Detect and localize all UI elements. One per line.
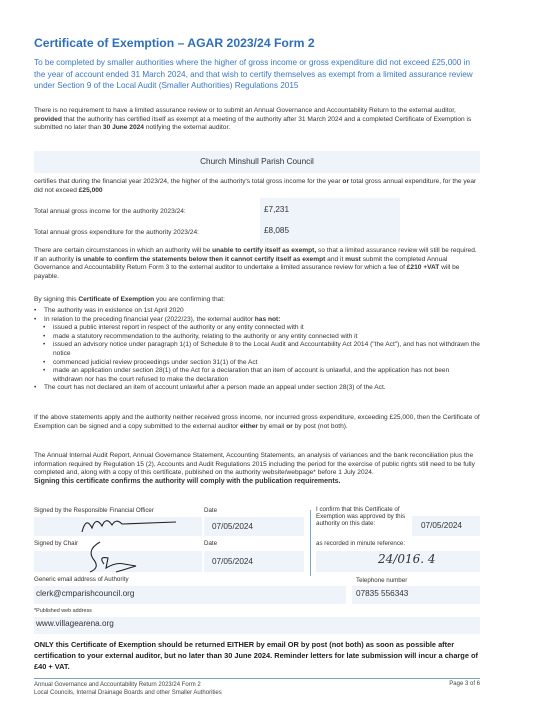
footer-line-2: Local Councils, Internal Drainage Boards… [34, 689, 222, 697]
chair-date: 07/05/2024 [212, 557, 253, 566]
requirement-paragraph: There is no requirement to have a limite… [34, 107, 480, 133]
phone-value: 07835 556343 [356, 589, 408, 598]
approved-date: 07/05/2024 [421, 521, 462, 530]
if-above-paragraph: If the above statements apply and the au… [34, 414, 480, 431]
expenditure-label: Total annual gross expenditure for the a… [34, 229, 199, 236]
chair-signature-label: Signed by Chair [34, 540, 78, 547]
footer: Annual Governance and Accountability Ret… [34, 681, 222, 697]
sub-condition-item: made an application under section 28(1) … [34, 367, 480, 384]
web-label: *Published web address [34, 608, 92, 614]
phone-label: Telephone number [356, 577, 407, 584]
intro-text: To be completed by smaller authorities w… [34, 57, 480, 92]
chair-date-label: Date [204, 540, 217, 547]
form-divider [310, 510, 311, 576]
income-value: £7,231 [264, 205, 289, 214]
sub-condition-item: commenced judicial review proceedings un… [34, 359, 480, 368]
chair-signature [76, 534, 176, 576]
circumstances-paragraph: There are certain circumstances in which… [34, 247, 480, 281]
condition-item: The authority was in existence on 1st Ap… [34, 307, 480, 316]
final-notice: ONLY this Certificate of Exemption shoul… [34, 640, 480, 672]
certifies-paragraph: certifies that during the financial year… [34, 178, 480, 195]
rfo-signature [76, 512, 186, 536]
signing-statement: By signing this Certificate of Exemption… [34, 296, 480, 305]
condition-item: The court has not declared an item of ac… [34, 384, 480, 393]
sub-condition-item: issued a public interest report in respe… [34, 324, 480, 333]
income-label: Total annual gross income for the author… [34, 208, 186, 215]
footer-line-1: Annual Governance and Accountability Ret… [34, 681, 222, 689]
sub-condition-item: issued an advisory notice under paragrap… [34, 341, 480, 358]
footer-divider [34, 678, 480, 679]
condition-item: In relation to the preceding financial y… [34, 316, 480, 385]
minute-ref: 24/016. 4 [378, 552, 435, 566]
authority-name: Church Minshull Parish Council [34, 151, 480, 173]
page-number: Page 3 of 6 [449, 681, 480, 687]
email-label: Generic email address of Authority [34, 576, 129, 583]
sub-condition-item: made a statutory recommendation to the a… [34, 333, 480, 342]
expenditure-value: £8,085 [264, 226, 289, 235]
rfo-date-label: Date [204, 507, 217, 514]
minute-ref-label: as recorded in minute reference: [316, 540, 405, 547]
web-value: www.villagearena.org [36, 619, 114, 628]
email-value: clerk@cmparishcouncil.org [36, 589, 134, 598]
approved-label: I confirm that this Certificate of Exemp… [316, 506, 421, 528]
conditions-list: The authority was in existence on 1st Ap… [34, 307, 480, 393]
publication-paragraph: The Annual Internal Audit Report, Annual… [34, 452, 480, 486]
rfo-date: 07/05/2024 [212, 522, 253, 531]
page-title: Certificate of Exemption – AGAR 2023/24 … [34, 36, 315, 50]
